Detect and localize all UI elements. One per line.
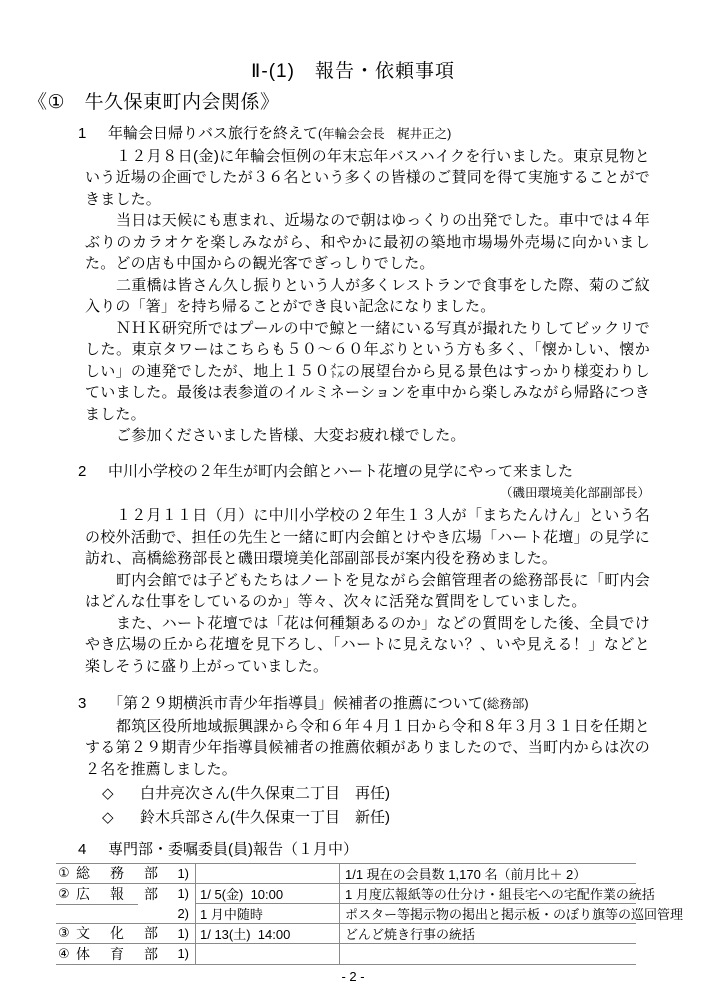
body-paragraph: １２月８日(金)に年輪会恒例の年末忘年バスハイクを行いました。東京見物という近場… bbox=[85, 146, 650, 211]
body-paragraph: ご参加くださいました皆様、大変お疲れ様でした。 bbox=[85, 425, 650, 447]
department-name: 文 化 部 bbox=[76, 923, 161, 943]
body-paragraph: 当日は天候にも恵まれ、近場なので朝はゆっくりの出発でした。車中では４年ぶりのカラ… bbox=[85, 210, 650, 275]
date-cell: 1 月中随時 bbox=[196, 904, 340, 924]
item-number: 1) bbox=[177, 926, 195, 941]
department-cell: ④ 体 育 部 1) bbox=[56, 944, 196, 964]
list-item-text: 鈴木兵部さん(牛久保東一丁目 新任) bbox=[140, 806, 390, 830]
department-cell: ③ 文 化 部 1) bbox=[56, 924, 196, 944]
description-cell: どんど焼き行事の統括 bbox=[340, 924, 636, 944]
department-name: 総 務 部 bbox=[76, 863, 161, 883]
row-marker: ④ bbox=[58, 946, 76, 962]
department-cell: ② 広 報 部 1) bbox=[56, 884, 196, 904]
section-title: 中川小学校の２年生が町内会館とハート花壇の見学にやって来ました bbox=[108, 463, 573, 480]
item-number: 1) bbox=[177, 886, 195, 901]
date-cell: 1/ 13(土) 14:00 bbox=[196, 924, 340, 944]
body-paragraph: 二重橋は皆さん久し振りという人が多くレストランで食事をした際、菊のご紋入りの「箸… bbox=[85, 275, 650, 318]
section-heading: 4専門部・委嘱委員(員)報告（１月中） bbox=[56, 839, 650, 861]
section-school-visit: 2中川小学校の２年生が町内会館とハート花壇の見学にやって来ました （磯田環境美化… bbox=[56, 461, 650, 678]
row-marker: ③ bbox=[58, 925, 76, 941]
table-row: ④ 体 育 部 1) bbox=[56, 944, 636, 964]
section-byline: (年輪会会長 梶井正之) bbox=[318, 127, 451, 141]
table-row: ③ 文 化 部 1) 1/ 13(土) 14:00 どんど焼き行事の統括 bbox=[56, 924, 636, 944]
section-heading: 3「第２９期横浜市青少年指導員」候補者の推薦について(総務部) bbox=[56, 693, 650, 716]
department-cell: ① 総 務 部 1) bbox=[56, 864, 196, 884]
diamond-bullet-icon: ◇ bbox=[102, 782, 140, 806]
item-number: 2) bbox=[177, 906, 195, 921]
section-title: 年輪会日帰りバス旅行を終えて bbox=[108, 125, 318, 142]
date-cell: 1/ 5(金) 10:00 bbox=[196, 884, 340, 904]
section-title: 「第２９期横浜市青少年指導員」候補者の推薦について bbox=[108, 695, 483, 712]
item-number: 1) bbox=[177, 866, 195, 881]
section-department-report: 4専門部・委嘱委員(員)報告（１月中） ① 総 務 部 1) 1/1 現在の会員… bbox=[56, 839, 650, 965]
document-page: Ⅱ-(1) 報告・依頼事項 《① 牛久保東町内会関係》 1年輪会日帰りバス旅行を… bbox=[0, 0, 706, 999]
item-number: 1) bbox=[177, 946, 195, 961]
body-paragraph: ＮＨＫ研究所ではプールの中で鯨と一緒にいる写真が撮れたりしてビックリでした。東京… bbox=[85, 318, 650, 426]
report-table: ① 総 務 部 1) 1/1 現在の会員数 1,170 名（前月比＋ 2） ② … bbox=[56, 863, 636, 965]
page-number-footer: - 2 - bbox=[56, 969, 650, 985]
section-byline: (総務部) bbox=[483, 697, 529, 711]
diamond-bullet-icon: ◇ bbox=[102, 806, 140, 830]
section-bus-trip: 1年輪会日帰りバス旅行を終えて(年輪会会長 梶井正之) １２月８日(金)に年輪会… bbox=[56, 123, 650, 447]
section-youth-leader-recommendation: 3「第２９期横浜市青少年指導員」候補者の推薦について(総務部) 都筑区役所地域振… bbox=[56, 693, 650, 829]
description-cell bbox=[340, 944, 636, 964]
department-cell: 2) bbox=[56, 904, 196, 924]
section-byline: （磯田環境美化部副部長） bbox=[56, 482, 650, 505]
section-number: 1 bbox=[78, 123, 108, 145]
section-number: 4 bbox=[78, 839, 108, 861]
body-paragraph: 町内会館では子どもたちはノートを見ながら会館管理者の総務部長に「町内会はどんな仕… bbox=[85, 570, 650, 613]
table-row: ① 総 務 部 1) 1/1 現在の会員数 1,170 名（前月比＋ 2） bbox=[56, 864, 636, 884]
table-row: ② 広 報 部 1) 1/ 5(金) 10:00 1 月度広報紙等の仕分け・組長… bbox=[56, 884, 636, 904]
description-cell: 1/1 現在の会員数 1,170 名（前月比＋ 2） bbox=[340, 864, 636, 884]
date-cell bbox=[196, 944, 340, 964]
list-item: ◇ 鈴木兵部さん(牛久保東一丁目 新任) bbox=[102, 806, 650, 830]
body-paragraph: １２月１１日（月）に中川小学校の２年生１３人が「まちたんけん」という名の校外活動… bbox=[85, 505, 650, 570]
row-marker: ① bbox=[58, 865, 76, 881]
department-name: 体 育 部 bbox=[76, 944, 161, 964]
description-cell: 1 月度広報紙等の仕分け・組長宅への宅配作業の統括 bbox=[340, 884, 636, 904]
page-title: Ⅱ-(1) 報告・依頼事項 bbox=[56, 60, 650, 84]
row-marker: ② bbox=[58, 886, 76, 902]
table-row: 2) 1 月中随時 ポスター等掲示物の掲出と掲示板・のぼり旗等の巡回管理 bbox=[56, 904, 636, 924]
section-number: 3 bbox=[78, 693, 108, 715]
section-title: 専門部・委嘱委員(員)報告（１月中） bbox=[108, 841, 358, 858]
body-paragraph: また、ハート花壇では「花は何種類あるのか」などの質問をした後、全員でけやき広場の… bbox=[85, 613, 650, 678]
department-name: 広 報 部 bbox=[76, 884, 161, 904]
recommendation-list: ◇ 白井亮次さん(牛久保東二丁目 再任) ◇ 鈴木兵部さん(牛久保東一丁目 新任… bbox=[102, 782, 650, 829]
document-body: Ⅱ-(1) 報告・依頼事項 《① 牛久保東町内会関係》 1年輪会日帰りバス旅行を… bbox=[0, 0, 706, 985]
list-item: ◇ 白井亮次さん(牛久保東二丁目 再任) bbox=[102, 782, 650, 806]
body-paragraph: 都筑区役所地域振興課から令和６年４月１日から令和８年３月３１日を任期とする第２９… bbox=[85, 716, 650, 781]
date-cell bbox=[196, 864, 340, 884]
group-heading: 《① 牛久保東町内会関係》 bbox=[28, 91, 650, 115]
section-heading: 2中川小学校の２年生が町内会館とハート花壇の見学にやって来ました bbox=[56, 461, 650, 483]
section-number: 2 bbox=[78, 461, 108, 483]
section-heading: 1年輪会日帰りバス旅行を終えて(年輪会会長 梶井正之) bbox=[56, 123, 650, 146]
description-cell: ポスター等掲示物の掲出と掲示板・のぼり旗等の巡回管理 bbox=[340, 904, 636, 924]
list-item-text: 白井亮次さん(牛久保東二丁目 再任) bbox=[140, 782, 390, 806]
